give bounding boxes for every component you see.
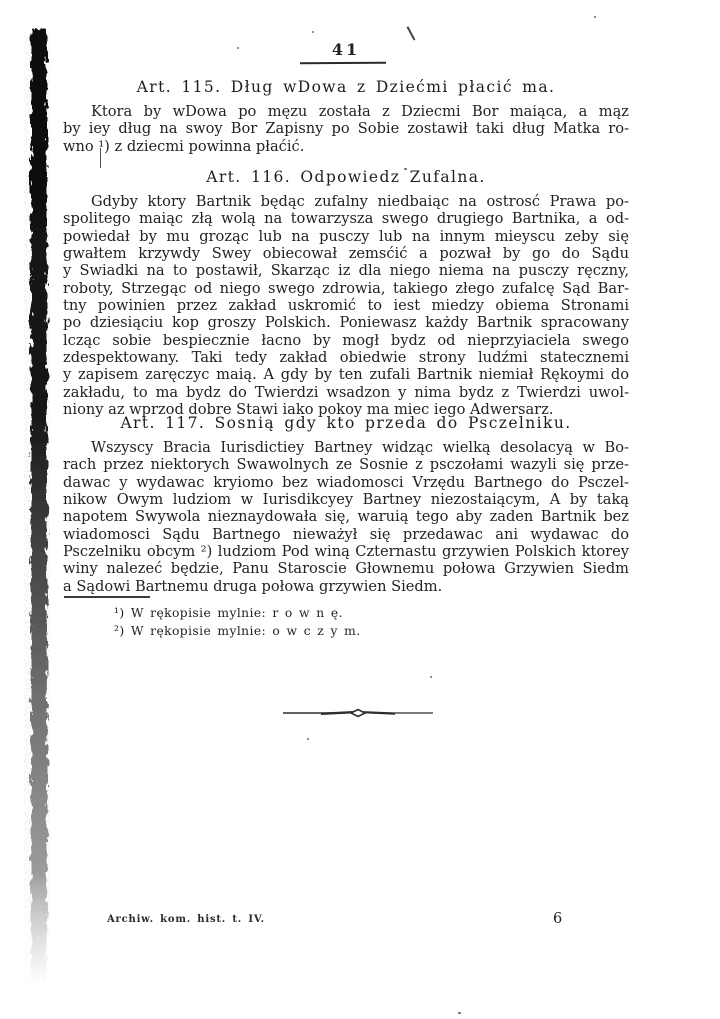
footnote-rule (64, 596, 150, 598)
article-115-heading: Art. 115. Dług wDowa z Dziećmi płacić ma… (63, 78, 629, 96)
text-line: dawac y wydawac kryiomo bez wiadomosci V… (63, 474, 629, 491)
text-line: ¹) W rękopisie mylnie: r o w n ę. (114, 605, 534, 623)
scan-speck (307, 738, 309, 740)
binding-shadow (18, 26, 62, 996)
text-line: zdespektowany. Taki tedy zakład obiedwie… (63, 349, 629, 366)
scan-speck (430, 676, 432, 678)
header-rule (300, 62, 386, 65)
text-line: Psczelniku obcym ²) ludziom Pod winą Czt… (63, 543, 629, 560)
stray-slash-mark (407, 27, 415, 41)
text-line: Wszyscy Bracia Iurisdictiey Bartney widz… (63, 439, 629, 456)
text-line: lcząc sobie bespiecznie łacno by mogł by… (63, 332, 629, 349)
article-117: Art. 117. Sosnią gdy kto przeda do Pscze… (63, 414, 629, 595)
text-line: by iey dług na swoy Bor Zapisny po Sobie… (63, 120, 629, 137)
article-117-paragraph: Wszyscy Bracia Iurisdictiey Bartney widz… (63, 439, 629, 595)
article-116: Art. 116. Odpowiedz Zufalna. Gdyby ktory… (63, 168, 629, 418)
text-line: ²) W rękopisie mylnie: o w c z y m. (114, 623, 534, 641)
footer-imprint: Archiw. kom. hist. t. IV. (107, 914, 265, 925)
footnotes: ¹) W rękopisie mylnie: r o w n ę.²) W rę… (114, 605, 534, 640)
section-divider-ornament (283, 704, 433, 726)
text-line: powiedał by mu groząc lub na pusczy lub … (63, 228, 629, 245)
article-117-heading: Art. 117. Sosnią gdy kto przeda do Pscze… (63, 414, 629, 432)
text-line: Gdyby ktory Bartnik będąc zufalny niedba… (63, 193, 629, 210)
text-line: wiadomosci Sądu Bartnego nieważył się pr… (63, 526, 629, 543)
article-115: Art. 115. Dług wDowa z Dziećmi płacić ma… (63, 78, 629, 155)
text-line: Ktora by wDowa po męzu została z Dziecmi… (63, 103, 629, 120)
text-line: gwałtem krzywdy Swey obiecował zemsćić a… (63, 245, 629, 262)
article-116-paragraph: Gdyby ktory Bartnik będąc zufalny niedba… (63, 193, 629, 418)
text-line: napotem Swywola nieznaydowała się, warui… (63, 508, 629, 525)
scan-speck (312, 31, 314, 33)
text-line: zakładu, to ma bydz do Twierdzi wsadzon … (63, 384, 629, 401)
text-line: rach przez niektorych Swawolnych ze Sosn… (63, 456, 629, 473)
page-number-bottom: 6 (553, 911, 562, 927)
text-line: y Swiadki na to postawił, Skarząc iz dla… (63, 262, 629, 279)
article-115-paragraph: Ktora by wDowa po męzu została z Dziecmi… (63, 103, 629, 155)
text-line: roboty, Strzegąc od niego swego zdrowia,… (63, 280, 629, 297)
text-line: a Sądowi Bartnemu druga połowa grzywien … (63, 578, 629, 595)
text-line: tny powinien przez zakład uskromić to ie… (63, 297, 629, 314)
text-line: wno ¹) z dziecmi powinna płaćić. (63, 138, 629, 155)
text-line: po dziesiąciu kop groszy Polskich. Ponie… (63, 314, 629, 331)
text-line: spolitego maiąc złą wolą na towarzysza s… (63, 210, 629, 227)
scan-speck (458, 1012, 461, 1014)
text-line: winy nalezeć będzie, Panu Staroscie Głow… (63, 560, 629, 577)
text-line: y zapisem zaręczyc maią. A gdy by ten zu… (63, 366, 629, 383)
scan-speck (237, 47, 239, 49)
scan-speck (594, 16, 596, 18)
page-number-top: 41 (63, 40, 629, 59)
scanned-book-page: 41 Art. 115. Dług wDowa z Dziećmi płacić… (0, 0, 720, 1019)
article-116-heading: Art. 116. Odpowiedz Zufalna. (63, 168, 629, 186)
text-line: nikow Owym ludziom w Iurisdikcyey Bartne… (63, 491, 629, 508)
